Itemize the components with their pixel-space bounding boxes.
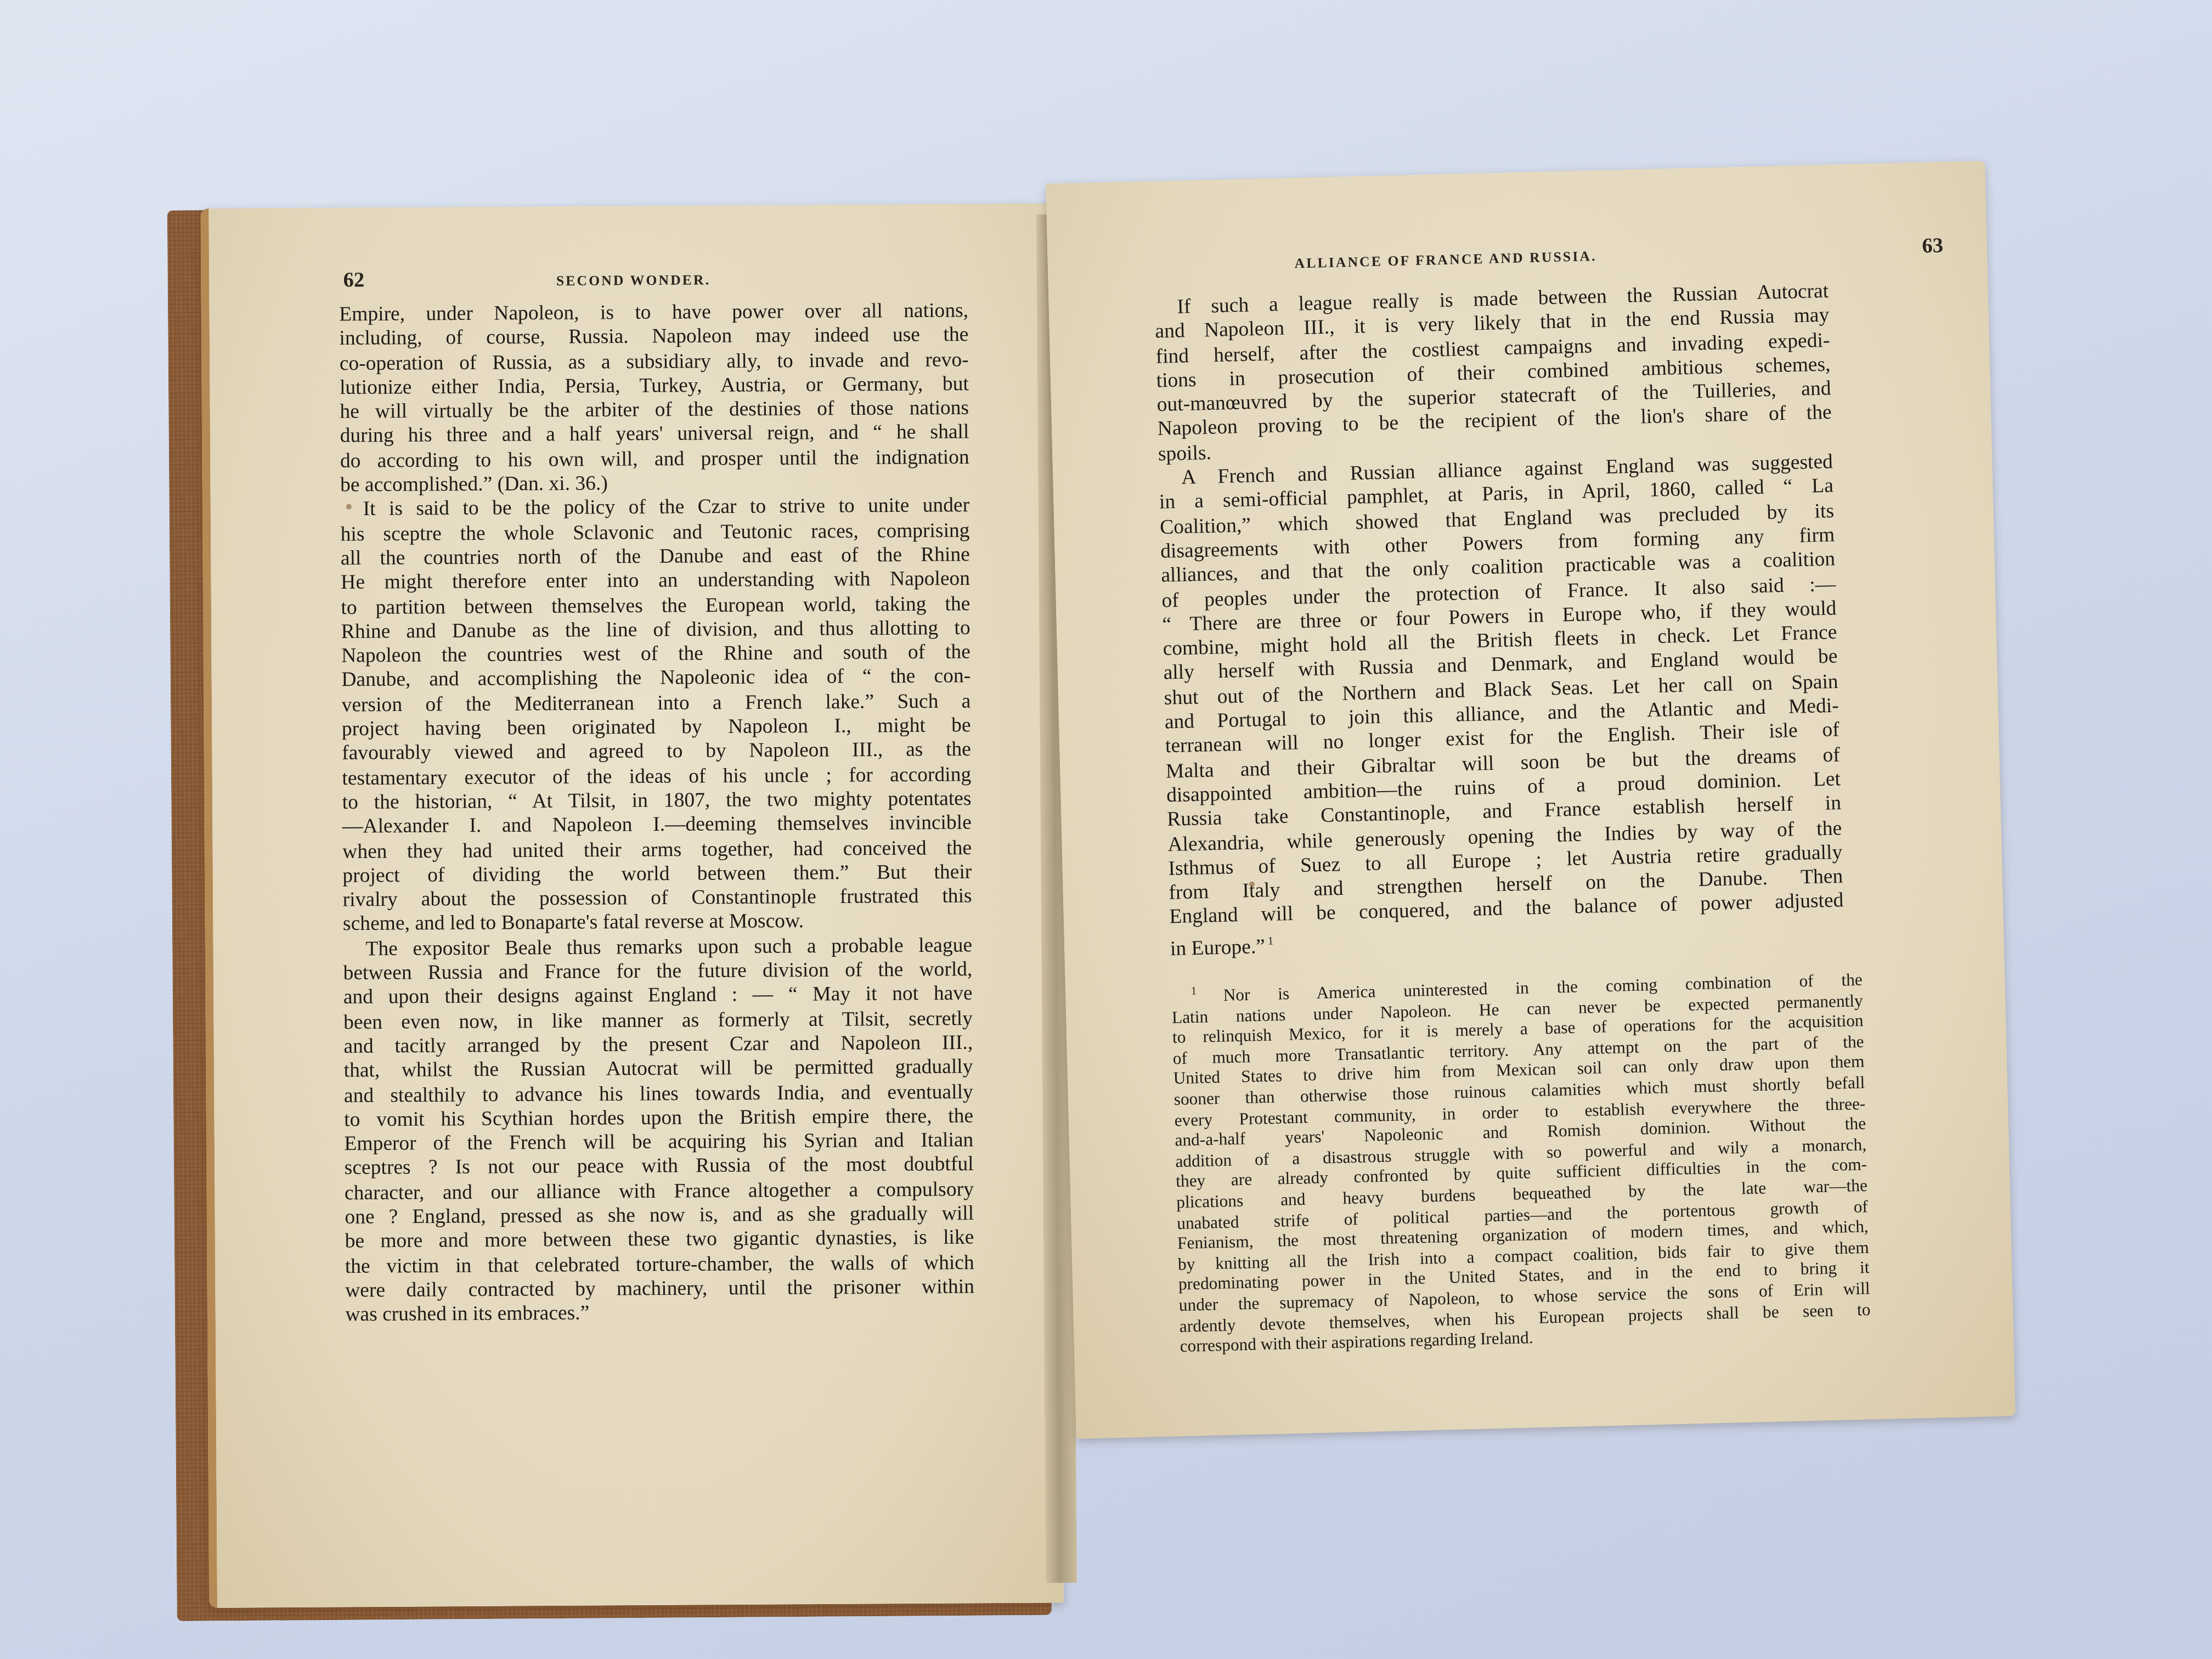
text-line: he will virtually be the arbiter of the …: [340, 397, 969, 425]
right-page: ALLIANCE OF FRANCE AND RUSSIA. 63 If suc…: [1046, 161, 2016, 1439]
text-line: be more and more between these two gigan…: [345, 1227, 974, 1255]
text-line: between Russia and France for the future…: [343, 958, 972, 986]
text-line: co-operation of Russia, as a subsidiary …: [340, 348, 969, 376]
text-line-content: was crushed in its embraces.”: [345, 1302, 589, 1327]
text-line-content: project of dividing the world between th…: [342, 861, 972, 887]
page-number-left: 62: [343, 270, 364, 294]
text-line-content: to the historian, “ At Tilsit, in 1807, …: [342, 788, 972, 814]
text-line: lutionize either India, Persia, Turkey, …: [340, 373, 969, 401]
text-line: character, and our alliance with France …: [345, 1178, 974, 1206]
text-line: that, whilst the Russian Autocrat will b…: [344, 1056, 973, 1084]
text-line-content: He might therefore enter into an underst…: [341, 568, 970, 595]
text-line-content: when they had united their arms together…: [342, 837, 972, 863]
text-line-content: scheme, and led to Bonaparte's fatal rev…: [343, 911, 804, 936]
text-line: favourably viewed and agreed to by Napol…: [342, 739, 971, 767]
text-line: including, of course, Russia. Napoleon m…: [339, 324, 968, 352]
footnote-marker: 1: [1191, 984, 1223, 997]
text-line-content: co-operation of Russia, as a subsidiary …: [340, 348, 969, 375]
text-line-content: that, whilst the Russian Autocrat will b…: [344, 1056, 973, 1082]
text-line: all the countries north of the Danube an…: [341, 544, 970, 572]
running-head-title-right: ALLIANCE OF FRANCE AND RUSSIA.: [1294, 249, 1596, 272]
text-line-content: testamentary executor of the ideas of hi…: [342, 764, 971, 790]
text-line: Emperor of the French will be acquiring …: [344, 1130, 973, 1158]
text-line-content: character, and our alliance with France …: [345, 1178, 974, 1205]
text-line: during his three and a half years' unive…: [340, 422, 969, 450]
text-line-content: he will virtually be the arbiter of the …: [340, 397, 969, 424]
text-line-content: Emperor of the French will be acquiring …: [344, 1130, 973, 1156]
left-page-body-text: Empire, under Napoleon, is to have power…: [339, 300, 974, 1329]
photo-stage: 62 SECOND WONDER. Empire, under Napoleon…: [0, 0, 2212, 1659]
text-line: were daily contracted by machinery, unti…: [345, 1276, 974, 1304]
text-line: and stealthily to advance his lines towa…: [344, 1081, 973, 1109]
text-line: Napoleon the countries west of the Rhine…: [341, 641, 970, 669]
text-line-content: to vomit his Scythian hordes upon the Br…: [344, 1105, 973, 1131]
text-line: been even now, in like manner as formerl…: [343, 1007, 973, 1035]
text-line: project of dividing the world between th…: [342, 861, 972, 889]
footnote-reference: 1: [1265, 934, 1273, 947]
text-line-content: project having been originated by Napole…: [342, 715, 971, 741]
text-line-content: were daily contracted by machinery, unti…: [345, 1276, 974, 1302]
text-line-content: lutionize either India, Persia, Turkey, …: [340, 373, 969, 399]
text-line-content: in Europe.”: [1170, 935, 1265, 960]
text-line: The expositor Beale thus remarks upon su…: [343, 934, 972, 962]
left-running-head: 62 SECOND WONDER.: [343, 266, 964, 294]
text-line: do according to his own will, and prospe…: [340, 446, 969, 474]
text-line-content: It is said to be the policy of the Czar …: [363, 495, 969, 521]
text-line: project having been originated by Napole…: [342, 715, 971, 743]
text-line-content: do according to his own will, and prospe…: [340, 446, 969, 472]
text-line: It is said to be the policy of the Czar …: [340, 495, 969, 523]
text-line: one ? England, pressed as she now is, an…: [345, 1203, 974, 1231]
text-line-content: one ? England, pressed as she now is, an…: [345, 1203, 974, 1229]
text-line-content: spoils.: [1158, 442, 1211, 465]
text-line-content: his sceptre the whole Sclavonic and Teut…: [341, 520, 970, 546]
text-line-content: between Russia and France for the future…: [343, 958, 972, 985]
text-line-content: The expositor Beale thus remarks upon su…: [365, 934, 972, 961]
text-line: to partition between themselves the Euro…: [341, 592, 970, 620]
text-line-content: Danube, and accomplishing the Napoleonic…: [341, 666, 970, 692]
text-line-content: and tacitly arranged by the present Czar…: [343, 1032, 973, 1058]
text-line-content: to partition between themselves the Euro…: [341, 592, 970, 619]
text-line: scheme, and led to Bonaparte's fatal rev…: [343, 910, 972, 938]
text-line-content: —Alexander I. and Napoleon I.—deeming th…: [342, 812, 972, 839]
text-line: to vomit his Scythian hordes upon the Br…: [344, 1105, 973, 1133]
text-line: was crushed in its embraces.”: [345, 1300, 974, 1328]
text-line-content: Empire, under Napoleon, is to have power…: [339, 300, 968, 326]
text-line-content: favourably viewed and agreed to by Napol…: [342, 739, 971, 765]
text-line-content: been even now, in like manner as formerl…: [343, 1007, 973, 1034]
text-line: —Alexander I. and Napoleon I.—deeming th…: [342, 812, 972, 840]
text-line-content: version of the Mediterranean into a Fren…: [341, 690, 970, 716]
text-line-content: Napoleon the countries west of the Rhine…: [341, 641, 970, 668]
text-line: Danube, and accomplishing the Napoleonic…: [341, 666, 970, 694]
right-running-head: ALLIANCE OF FRANCE AND RUSSIA. 63: [1294, 235, 1944, 275]
right-page-body-text: If such a league really is made between …: [1154, 280, 1844, 962]
text-line: sceptres ? Is not our peace with Russia …: [345, 1154, 974, 1182]
text-line: Empire, under Napoleon, is to have power…: [339, 300, 968, 328]
page-number-right: 63: [1922, 235, 1944, 260]
text-line-content: the victim in that celebrated torture-ch…: [345, 1251, 974, 1278]
text-line-content: be more and more between these two gigan…: [345, 1227, 974, 1254]
text-line: He might therefore enter into an underst…: [341, 568, 970, 596]
left-page: 62 SECOND WONDER. Empire, under Napoleon…: [200, 204, 1064, 1608]
running-head-title-left: SECOND WONDER.: [556, 273, 711, 290]
footnote-block: 1 Nor is America uninterested in the com…: [1171, 966, 1871, 1357]
text-line-content: all the countries north of the Danube an…: [341, 544, 970, 570]
text-line: testamentary executor of the ideas of hi…: [342, 764, 971, 792]
text-line-content: including, of course, Russia. Napoleon m…: [339, 324, 968, 351]
text-line: Rhine and Danube as the line of division…: [341, 617, 970, 645]
text-line: and upon their designs against England :…: [343, 983, 973, 1011]
text-line-content: rivalry about the possession of Constant…: [343, 885, 972, 912]
foxing-spot: [346, 504, 352, 510]
text-line: and tacitly arranged by the present Czar…: [343, 1032, 973, 1060]
text-line-content: and upon their designs against England :…: [343, 983, 973, 1009]
text-line-content: be accomplished.” (Dan. xi. 36.): [340, 473, 608, 497]
text-line: to the historian, “ At Tilsit, in 1807, …: [342, 788, 972, 816]
text-line: version of the Mediterranean into a Fren…: [341, 690, 970, 718]
text-line: rivalry about the possession of Constant…: [343, 885, 972, 913]
text-line-content: sceptres ? Is not our peace with Russia …: [345, 1154, 974, 1180]
text-line-content: during his three and a half years' unive…: [340, 422, 969, 448]
text-line-content: Rhine and Danube as the line of division…: [341, 617, 970, 644]
text-line: when they had united their arms together…: [342, 837, 972, 865]
text-line: be accomplished.” (Dan. xi. 36.): [340, 471, 969, 499]
text-line: the victim in that celebrated torture-ch…: [345, 1251, 974, 1279]
text-line-content: and stealthily to advance his lines towa…: [344, 1081, 973, 1107]
text-line: his sceptre the whole Sclavonic and Teut…: [341, 520, 970, 548]
